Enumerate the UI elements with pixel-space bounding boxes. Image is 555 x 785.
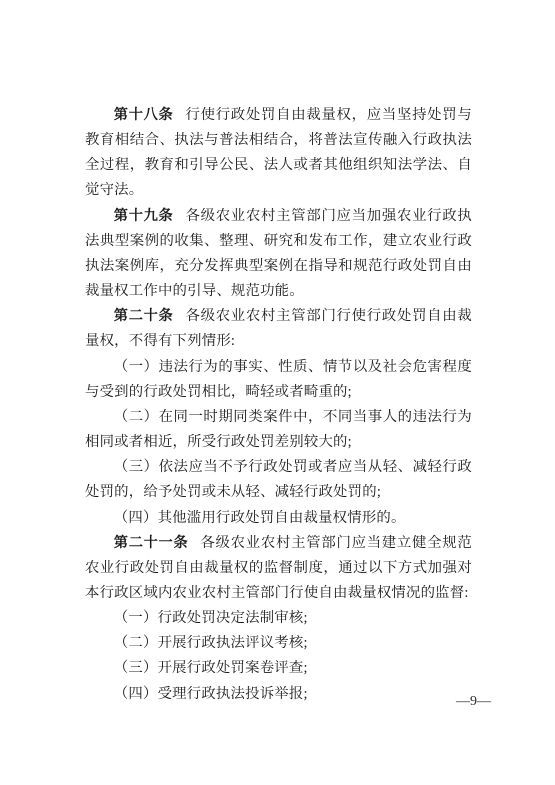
article-number: 第十九条 bbox=[114, 208, 174, 224]
article-paragraph: 第二十条各级农业农村主管部门行使行政处罚自由裁量权，不得有下列情形: bbox=[85, 304, 472, 354]
paragraph-text: （一）行政处罚决定法制审核; bbox=[114, 610, 308, 626]
item-paragraph: （四）受理行政执法投诉举报; bbox=[85, 682, 472, 707]
item-paragraph: （三）依法应当不予行政处罚或者应当从轻、减轻行政处罚的，给予处罚或未从轻、减轻行… bbox=[85, 455, 472, 505]
article-paragraph: 第十九条各级农业农村主管部门应当加强农业行政执法典型案例的收集、整理、研究和发布… bbox=[85, 204, 472, 305]
paragraph-text: （三）依法应当不予行政处罚或者应当从轻、减轻行政处罚的，给予处罚或未从轻、减轻行… bbox=[85, 459, 472, 500]
article-paragraph: 第二十一条各级农业农村主管部门应当建立健全规范农业行政处罚自由裁量权的监督制度，… bbox=[85, 531, 472, 606]
item-paragraph: （一）行政处罚决定法制审核; bbox=[85, 606, 472, 631]
paragraph-text: （二）开展行政执法评议考核; bbox=[114, 635, 308, 651]
document-page: 第十八条行使行政处罚自由裁量权，应当坚持处罚与教育相结合、执法与普法相结合，将普… bbox=[0, 0, 555, 785]
item-paragraph: （二）在同一时期同类案件中，不同当事人的违法行为相同或者相近，所受行政处罚差别较… bbox=[85, 405, 472, 455]
document-body: 第十八条行使行政处罚自由裁量权，应当坚持处罚与教育相结合、执法与普法相结合，将普… bbox=[85, 103, 472, 707]
article-paragraph: 第十八条行使行政处罚自由裁量权，应当坚持处罚与教育相结合、执法与普法相结合，将普… bbox=[85, 103, 472, 204]
paragraph-text: （三）开展行政处罚案卷评查; bbox=[114, 660, 308, 676]
paragraph-text: （四）其他滥用行政处罚自由裁量权情形的。 bbox=[114, 510, 406, 526]
item-paragraph: （四）其他滥用行政处罚自由裁量权情形的。 bbox=[85, 506, 472, 531]
item-paragraph: （三）开展行政处罚案卷评查; bbox=[85, 656, 472, 681]
paragraph-text: （一）违法行为的事实、性质、情节以及社会危害程度与受到的行政处罚相比，畸轻或者畸… bbox=[85, 359, 472, 400]
item-paragraph: （二）开展行政执法评议考核; bbox=[85, 631, 472, 656]
article-number: 第十八条 bbox=[114, 107, 174, 123]
article-number: 第二十条 bbox=[114, 308, 174, 324]
article-number: 第二十一条 bbox=[114, 535, 189, 551]
page-number: —9— bbox=[456, 694, 491, 710]
paragraph-text: （二）在同一时期同类案件中，不同当事人的违法行为相同或者相近，所受行政处罚差别较… bbox=[85, 409, 472, 450]
item-paragraph: （一）违法行为的事实、性质、情节以及社会危害程度与受到的行政处罚相比，畸轻或者畸… bbox=[85, 355, 472, 405]
paragraph-text: （四）受理行政执法投诉举报; bbox=[114, 686, 308, 702]
